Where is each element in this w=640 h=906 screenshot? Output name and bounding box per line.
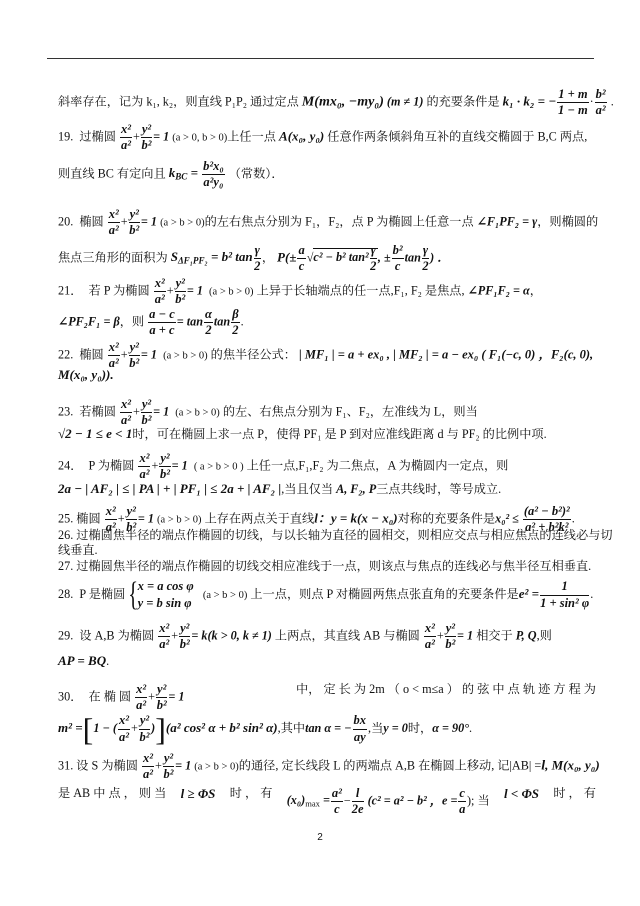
item-19-line2: 则直线 BC 有定向且 kBC = b²x₀a²y₀ （常数）． (58, 160, 596, 189)
item-30: 30． 在 椭 圆 x²a²+y²b²= 1 中， 定 长 为 2m （ o <… (58, 683, 596, 712)
item-31-line2: 是 AB 中 点 ， 则 当 l ≥ ΦS 时 ， 有 (x₀)max =a²c… (58, 787, 596, 816)
fraction: 1 + m1 − m (557, 88, 588, 117)
item-30-line2: m² =[1 − (x²a²+y²b²)](a² cos² α + b² sin… (58, 713, 596, 745)
item-21-line2: ∠PF₂F₁ = β，则 a − ca + c= tanα2tanβ2. (58, 308, 596, 337)
item-19: 19. 过椭圆 x²a²+y²b²= 1 (a > 0, b > 0)上任一点 … (58, 123, 596, 152)
item-24: 24． P 为椭圆 x²a²+y²b²= 1 ( a > b > 0 ) 上任一… (58, 452, 596, 481)
item-31: 31. 设 S 为椭圆 x²a²+y²b²= 1 (a > b > 0)的通径,… (58, 752, 596, 781)
item-20: 20. 椭圆 x²a²+y²b²= 1 (a > b > 0)的左右焦点分别为 … (58, 208, 596, 237)
item-22-line2: M(x₀, y₀)). (58, 368, 596, 381)
item-22: 22. 椭圆 x²a²+y²b²= 1 (a > b > 0) 的焦半径公式： … (58, 341, 596, 370)
item-23-line2: √2 − 1 ≤ e < 1时，可在椭圆上求一点 P，使得 PF₁ 是 P 到对… (58, 427, 596, 440)
page-number: 2 (0, 832, 640, 843)
item-23: 23. 若椭圆 x²a²+y²b²= 1 (a > b > 0) 的左、右焦点分… (58, 398, 596, 427)
item-29-line2: AP = BQ. (58, 654, 596, 667)
item-29: 29. 设 A,B 为椭圆 x²a²+y²b²= k(k > 0, k ≠ 1)… (58, 622, 596, 651)
item-26: 26. 过椭圆焦半径的端点作椭圆的切线，与以长轴为直径的圆相交，则相应交点与相应… (58, 529, 596, 541)
item-28: 28. P 是椭圆{x = a cos φy = b sin φ (a > b … (58, 578, 596, 612)
item-21: 21． 若 P 为椭圆 x²a²+y²b²= 1 (a > b > 0) 上异于… (58, 277, 596, 306)
item-27: 27. 过椭圆焦半径的端点作椭圆的切线交相应准线于一点，则该点与焦点的连线必与焦… (58, 560, 596, 572)
item-24-line2: 2a − | AF₂ | ≤ | PA | + | PF₁ | ≤ 2a + |… (58, 482, 596, 495)
header-rule (47, 58, 594, 59)
item-26-line2: 线垂直. (58, 544, 596, 556)
item-20-line2: 焦点三角形的面积为 SΔF₁PF₂ = b² tanγ2， P(±ac√c² −… (58, 244, 596, 273)
fraction: b²a² (595, 88, 607, 117)
item-18-line: 斜率存在，记为 k₁, k₂，则直线 P₁P₂ 通过定点 M(mx₀, −my₀… (58, 88, 596, 117)
